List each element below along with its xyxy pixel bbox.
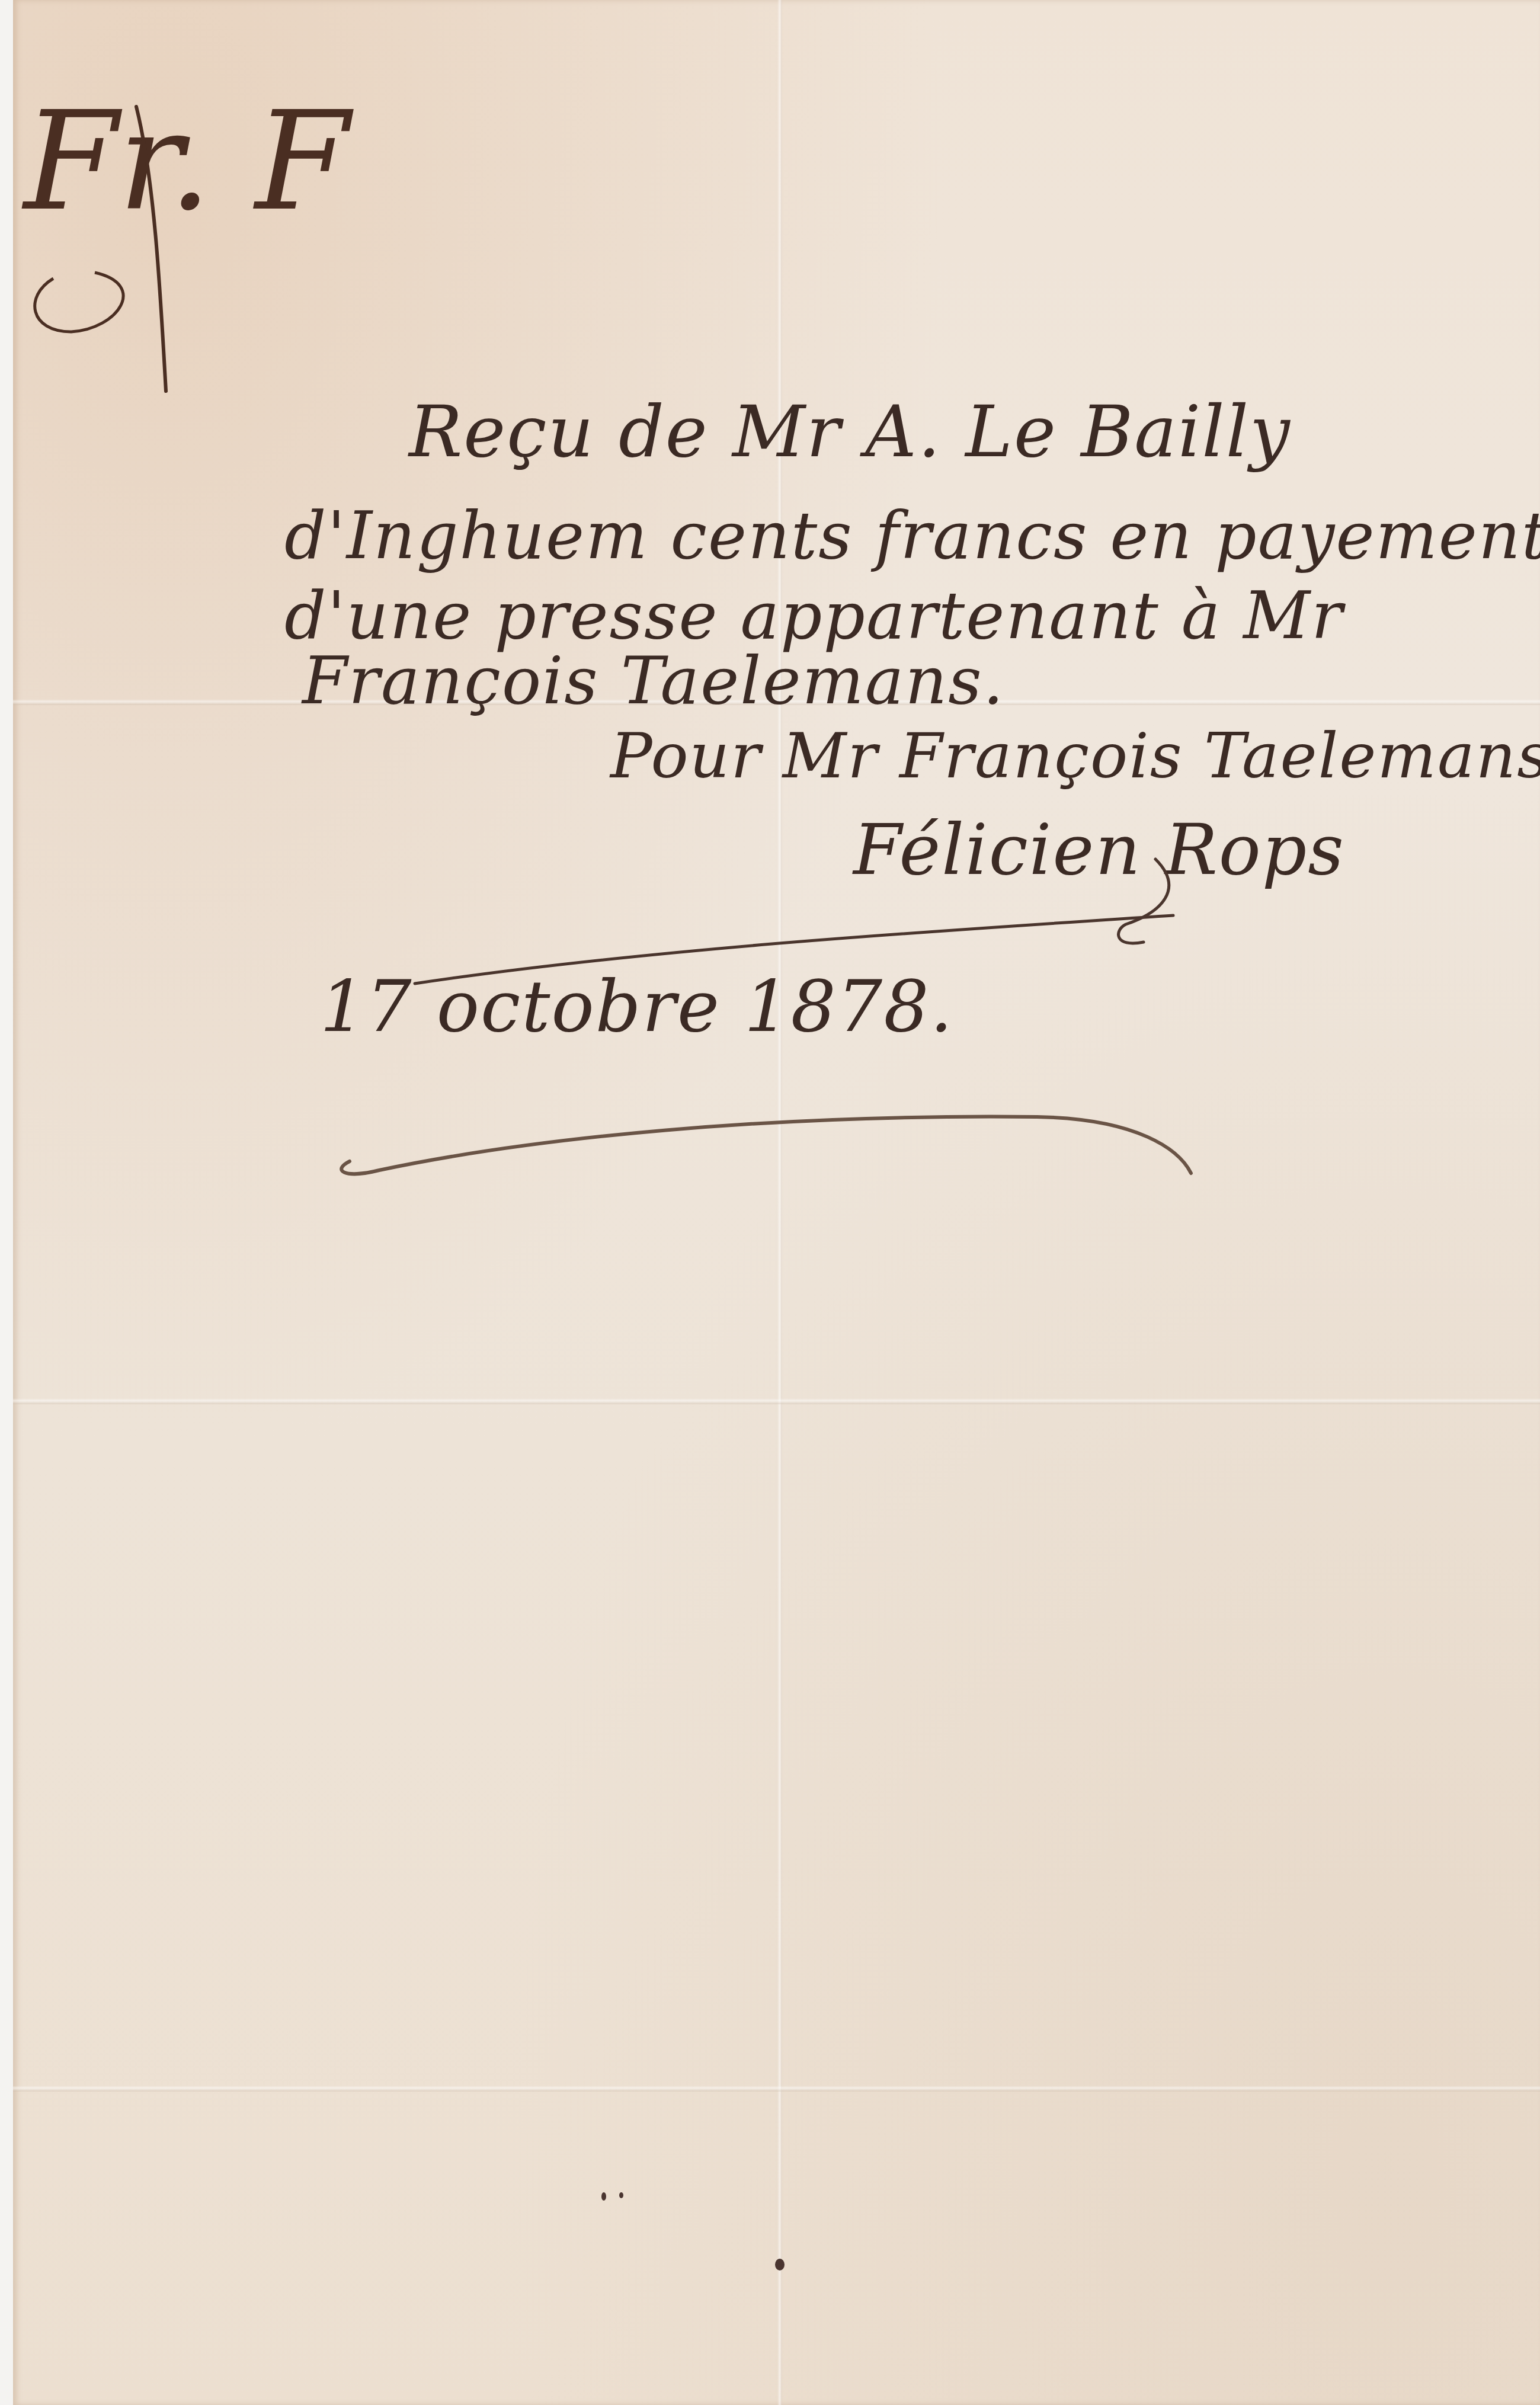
receipt-line-2: d'Inghuem cents francs en payement — [284, 498, 1540, 574]
ink-speck — [775, 2259, 785, 2271]
date-line: 17 octobre 1878. — [320, 966, 954, 1048]
ink-speck — [619, 2192, 623, 2198]
paper-sheet — [13, 0, 1540, 2405]
corner-annotation: Fr. F — [24, 83, 350, 241]
ink-speck — [601, 2192, 606, 2201]
receipt-line-4: François Taelemans. — [302, 643, 1005, 719]
receipt-line-1: Reçu de Mr A. Le Bailly — [409, 391, 1291, 473]
horizontal-fold-crease — [13, 2086, 1540, 2092]
receipt-line-5: Pour Mr François Taelemans — [610, 720, 1540, 792]
receipt-line-3: d'une presse appartenant à Mr — [284, 578, 1344, 654]
signature: Félicien Rops — [853, 809, 1345, 891]
vertical-fold-crease — [777, 0, 782, 2405]
horizontal-fold-crease — [13, 1398, 1540, 1404]
